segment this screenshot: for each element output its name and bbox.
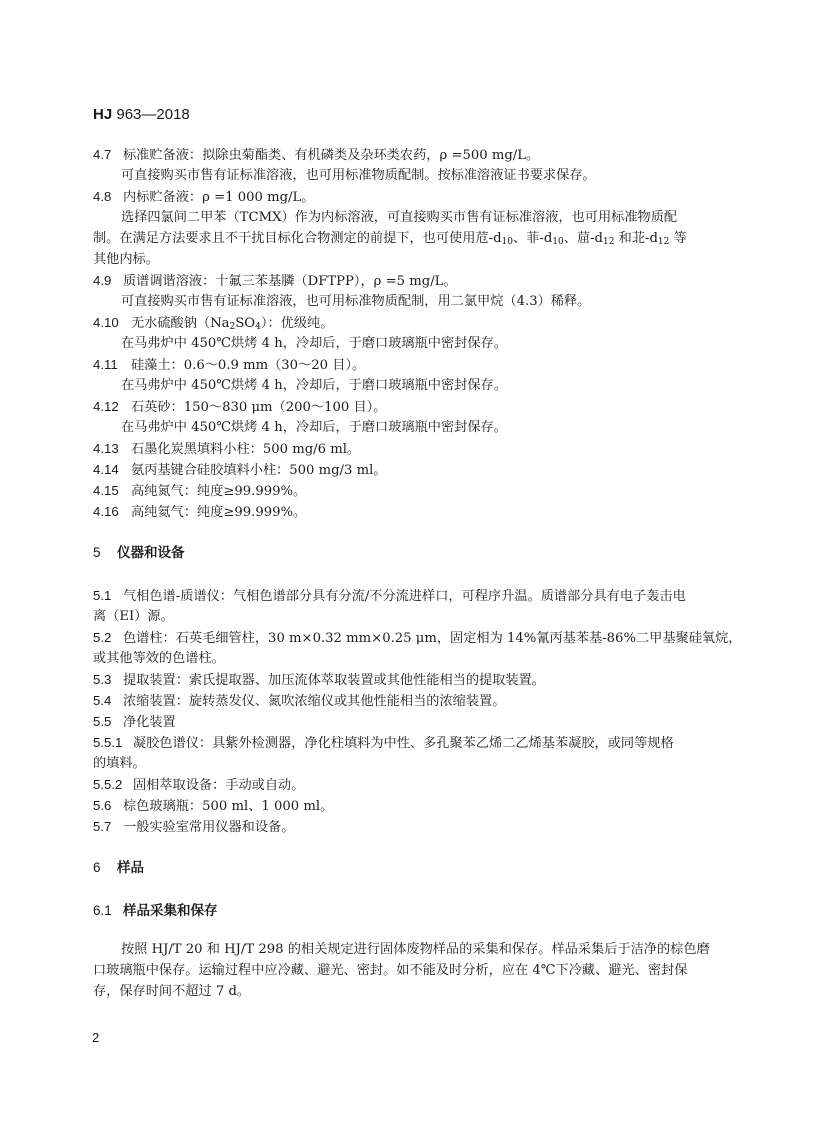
item-number: 4.15 <box>93 480 131 501</box>
item-text: 凝胶色谱仪：具紫外检测器，净化柱填料为中性、多孔聚苯乙烯二乙烯基苯凝胶，或同等规… <box>133 736 674 751</box>
item-text: 内标贮备液：ρ =1 000 mg/L。 <box>123 190 314 205</box>
code-number: 963—2018 <box>112 106 190 123</box>
item-number: 4.11 <box>93 354 131 375</box>
text-run: 制。在满足方法要求且不干扰目标化合物测定的前提下，也可使用苊-d <box>93 231 502 246</box>
item-4-8-note-line1: 选择四氯间二甲苯（TCMX）作为内标溶液，可直接购买市售有证标准溶液，也可用标准… <box>93 207 719 228</box>
section-6-1-heading: 6.1样品采集和保存 <box>93 900 719 921</box>
item-4-10-note: 在马弗炉中 450℃烘烤 4 h，冷却后，于磨口玻璃瓶中密封保存。 <box>93 333 719 354</box>
subscript: 10 <box>552 237 563 247</box>
section-number: 6.1 <box>93 900 123 921</box>
item-number: 5.5.2 <box>93 774 133 795</box>
text-run: 无水硫酸钠（Na <box>131 316 230 331</box>
item-text: 高纯氦气：纯度≥99.999%。 <box>131 505 306 520</box>
item-text: 质谱调谐溶液：十氟三苯基膦（DFTPP），ρ =5 mg/L。 <box>123 274 457 289</box>
item-4-11: 4.11硅藻土：0.6～0.9 mm（30～20 目）。 <box>93 354 719 375</box>
subscript: 12 <box>658 237 669 247</box>
item-number: 4.7 <box>93 144 123 165</box>
section-title: 样品 <box>117 860 144 875</box>
item-4-9: 4.9质谱调谐溶液：十氟三苯基膦（DFTPP），ρ =5 mg/L。 <box>93 270 719 291</box>
text-run: 、菲-d <box>513 231 552 246</box>
item-text: 石墨化炭黑填料小柱：500 mg/6 ml。 <box>131 442 360 457</box>
text-run: SO <box>235 316 255 331</box>
section-number: 6 <box>93 857 117 878</box>
item-text: 石英砂：150～830 μm（200～100 目）。 <box>131 400 386 415</box>
item-4-7-note: 可直接购买市售有证标准溶液，也可用标准物质配制。按标准溶液证书要求保存。 <box>93 165 719 186</box>
item-4-9-note: 可直接购买市售有证标准溶液，也可用标准物质配制，用二氯甲烷（4.3）稀释。 <box>93 291 719 312</box>
item-5-5-2: 5.5.2固相萃取设备：手动或自动。 <box>93 774 719 795</box>
item-number: 4.10 <box>93 312 131 333</box>
item-5-3: 5.3提取装置：索氏提取器、加压流体萃取装置或其他性能相当的提取装置。 <box>93 669 719 690</box>
item-number: 5.7 <box>93 816 123 837</box>
item-number: 5.4 <box>93 690 123 711</box>
text-run: ）：优级纯。 <box>261 316 334 331</box>
item-number: 5.2 <box>93 627 123 648</box>
item-4-12-note: 在马弗炉中 450℃烘烤 4 h，冷却后，于磨口玻璃瓶中密封保存。 <box>93 417 719 438</box>
item-number: 4.9 <box>93 270 123 291</box>
item-text: 高纯氮气：纯度≥99.999%。 <box>131 484 306 499</box>
item-text: 提取装置：索氏提取器、加压流体萃取装置或其他性能相当的提取装置。 <box>123 673 545 688</box>
item-text: 氨丙基键合硅胶填料小柱：500 mg/3 ml。 <box>131 463 387 478</box>
section-6-heading: 6样品 <box>93 857 719 878</box>
subscript: 10 <box>502 237 513 247</box>
paragraph-6-1-line2: 口玻璃瓶中保存。运输过程中应冷藏、避光、密封。如不能及时分析，应在 4℃下冷藏、… <box>93 960 719 981</box>
item-5-1-cont: 离（EI）源。 <box>93 606 719 627</box>
paragraph-6-1-line3: 存，保存时间不超过 7 d。 <box>93 981 719 1002</box>
item-text: 棕色玻璃瓶：500 ml、1 000 ml。 <box>123 799 333 814</box>
item-text: 色谱柱：石英毛细管柱，30 m×0.32 mm×0.25 μm，固定相为 14%… <box>123 631 741 646</box>
item-4-13: 4.13石墨化炭黑填料小柱：500 mg/6 ml。 <box>93 438 719 459</box>
item-number: 5.5.1 <box>93 732 133 753</box>
subscript: 12 <box>603 237 614 247</box>
section-title: 样品采集和保存 <box>123 903 218 918</box>
page-number: 2 <box>92 1030 99 1045</box>
item-text: 标准贮备液：拟除虫菊酯类、有机磷类及杂环类农药，ρ =500 mg/L。 <box>123 148 539 163</box>
item-4-8: 4.8内标贮备液：ρ =1 000 mg/L。 <box>93 186 719 207</box>
item-4-15: 4.15高纯氮气：纯度≥99.999%。 <box>93 480 719 501</box>
document-body: 4.7标准贮备液：拟除虫菊酯类、有机磷类及杂环类农药，ρ =500 mg/L。 … <box>93 144 719 1002</box>
item-4-11-note: 在马弗炉中 450℃烘烤 4 h，冷却后，于磨口玻璃瓶中密封保存。 <box>93 375 719 396</box>
code-prefix: HJ <box>93 106 112 123</box>
section-5-heading: 5仪器和设备 <box>93 542 719 563</box>
item-text: 气相色谱-质谱仪：气相色谱部分具有分流/不分流进样口，可程序升温。质谱部分具有电… <box>123 589 686 604</box>
item-text: 固相萃取设备：手动或自动。 <box>133 778 304 793</box>
item-text: 浓缩装置：旋转蒸发仪、氮吹浓缩仪或其他性能相当的浓缩装置。 <box>123 694 505 709</box>
item-5-5-1: 5.5.1凝胶色谱仪：具紫外检测器，净化柱填料为中性、多孔聚苯乙烯二乙烯基苯凝胶… <box>93 732 719 753</box>
item-text: 硅藻土：0.6～0.9 mm（30～20 目）。 <box>131 358 365 373</box>
text-run: 和苝-d <box>614 231 657 246</box>
item-5-5: 5.5净化装置 <box>93 711 719 732</box>
item-number: 4.12 <box>93 396 131 417</box>
item-number: 4.16 <box>93 501 131 522</box>
item-number: 4.13 <box>93 438 131 459</box>
item-5-4: 5.4浓缩装置：旋转蒸发仪、氮吹浓缩仪或其他性能相当的浓缩装置。 <box>93 690 719 711</box>
item-number: 5.1 <box>93 585 123 606</box>
section-number: 5 <box>93 542 117 563</box>
text-run: 、䓛-d <box>564 231 603 246</box>
text-run: 等 <box>669 231 686 246</box>
item-5-6: 5.6棕色玻璃瓶：500 ml、1 000 ml。 <box>93 795 719 816</box>
item-number: 5.5 <box>93 711 123 732</box>
item-5-2: 5.2色谱柱：石英毛细管柱，30 m×0.32 mm×0.25 μm，固定相为 … <box>93 627 719 648</box>
item-4-12: 4.12石英砂：150～830 μm（200～100 目）。 <box>93 396 719 417</box>
item-5-5-1-cont: 的填料。 <box>93 753 719 774</box>
item-number: 5.3 <box>93 669 123 690</box>
item-5-1: 5.1气相色谱-质谱仪：气相色谱部分具有分流/不分流进样口，可程序升温。质谱部分… <box>93 585 719 606</box>
section-title: 仪器和设备 <box>117 545 185 560</box>
item-number: 4.8 <box>93 186 123 207</box>
item-number: 4.14 <box>93 459 131 480</box>
item-4-8-note-line3: 其他内标。 <box>93 249 719 270</box>
item-text: 净化装置 <box>123 715 176 730</box>
item-4-14: 4.14氨丙基键合硅胶填料小柱：500 mg/3 ml。 <box>93 459 719 480</box>
item-4-16: 4.16高纯氦气：纯度≥99.999%。 <box>93 501 719 522</box>
item-number: 5.6 <box>93 795 123 816</box>
paragraph-6-1-line1: 按照 HJ/T 20 和 HJ/T 298 的相关规定进行固体废物样品的采集和保… <box>93 939 719 960</box>
standard-code-header: HJ 963—2018 <box>93 106 190 123</box>
item-4-8-note-line2: 制。在满足方法要求且不干扰目标化合物测定的前提下，也可使用苊-d10、菲-d10… <box>93 228 719 249</box>
item-4-7: 4.7标准贮备液：拟除虫菊酯类、有机磷类及杂环类农药，ρ =500 mg/L。 <box>93 144 719 165</box>
item-4-10: 4.10无水硫酸钠（Na2SO4）：优级纯。 <box>93 312 719 333</box>
item-5-2-cont: 或其他等效的色谱柱。 <box>93 648 719 669</box>
item-5-7: 5.7一般实验室常用仪器和设备。 <box>93 816 719 837</box>
item-text: 一般实验室常用仪器和设备。 <box>123 820 294 835</box>
